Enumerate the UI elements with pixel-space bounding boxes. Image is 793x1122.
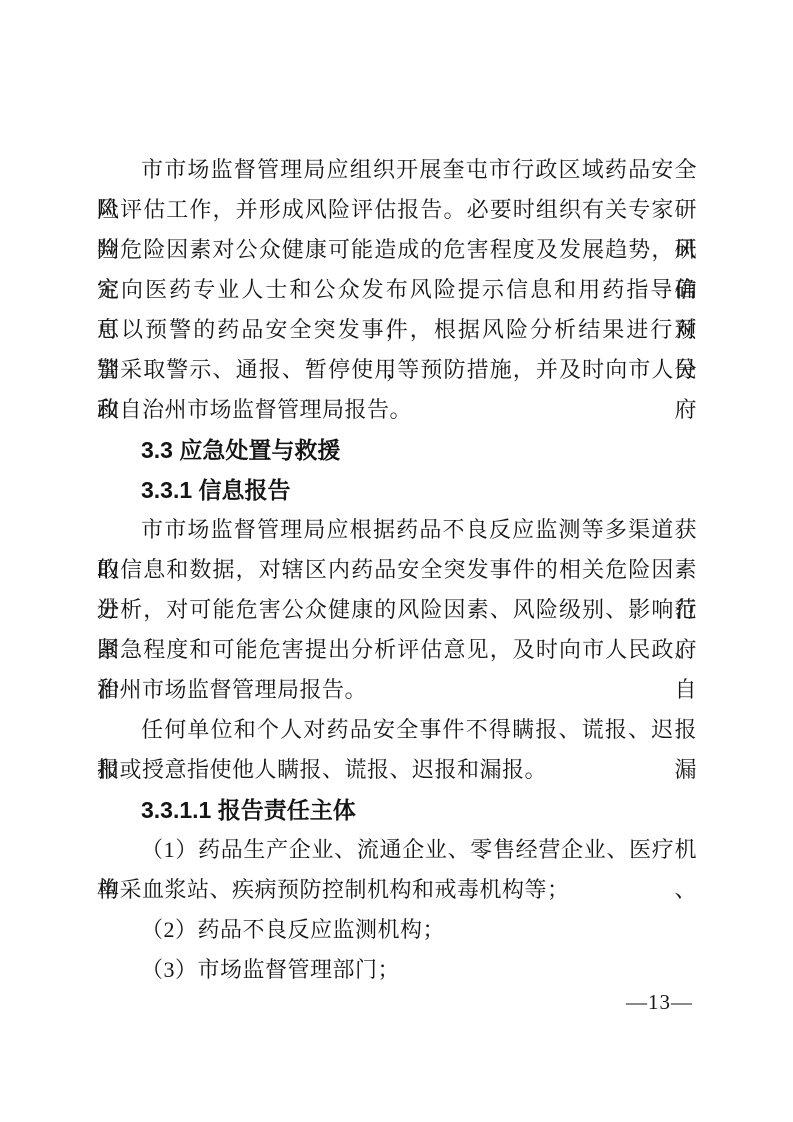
report-subject-item-2-line: （2）药品不良反应监测机构；	[97, 910, 697, 950]
risk-assessment-warning-paragraph-line: 别采取警示、通报、暂停使用等预防措施，并及时向市人民政府	[97, 350, 697, 390]
risk-assessment-warning-paragraph-line: 险危险因素对公众健康可能造成的危害程度及发展趋势，研究确	[97, 230, 697, 270]
no-concealment-paragraph-line: 任何单位和个人对药品安全事件不得瞒报、谎报、迟报和漏	[97, 710, 697, 750]
information-analysis-paragraph-line: 市市场监督管理局应根据药品不良反应监测等多渠道获取	[97, 510, 697, 550]
report-subject-item-1-line: （1）药品生产企业、流通企业、零售经营企业、医疗机构、	[97, 830, 697, 870]
information-analysis-paragraph-line: 分析，对可能危害公众健康的风险因素、风险级别、影响范围、	[97, 590, 697, 630]
risk-assessment-warning-paragraph-line: 可以预警的药品安全突发事件，根据风险分析结果进行预警，分	[97, 310, 697, 350]
heading-3-3-emergency-response: 3.3 应急处置与救援	[97, 430, 697, 470]
risk-assessment-warning-paragraph-line: 市市场监督管理局应组织开展奎屯市行政区域药品安全风	[97, 150, 697, 190]
heading-3-3-1-1-report-responsibility: 3.3.1.1 报告责任主体	[97, 790, 697, 830]
information-analysis-paragraph-line: 紧急程度和可能危害提出分析评估意见，及时向市人民政府和自	[97, 630, 697, 670]
risk-assessment-warning-paragraph-line: 险评估工作，并形成风险评估报告。必要时组织有关专家研判风	[97, 190, 697, 230]
page-number: —13—	[626, 990, 693, 1014]
document-page: 市市场监督管理局应组织开展奎屯市行政区域药品安全风险评估工作，并形成风险评估报告…	[0, 0, 793, 1122]
heading-3-3-1-information-report: 3.3.1 信息报告	[97, 470, 697, 510]
report-subject-item-3-line: （3）市场监督管理部门；	[97, 950, 697, 990]
document-body: 市市场监督管理局应组织开展奎屯市行政区域药品安全风险评估工作，并形成风险评估报告…	[97, 150, 697, 990]
risk-assessment-warning-paragraph-line: 定向医药专业人士和公众发布风险提示信息和用药指导信息，对	[97, 270, 697, 310]
information-analysis-paragraph-line: 的信息和数据，对辖区内药品安全突发事件的相关危险因素进行	[97, 550, 697, 590]
